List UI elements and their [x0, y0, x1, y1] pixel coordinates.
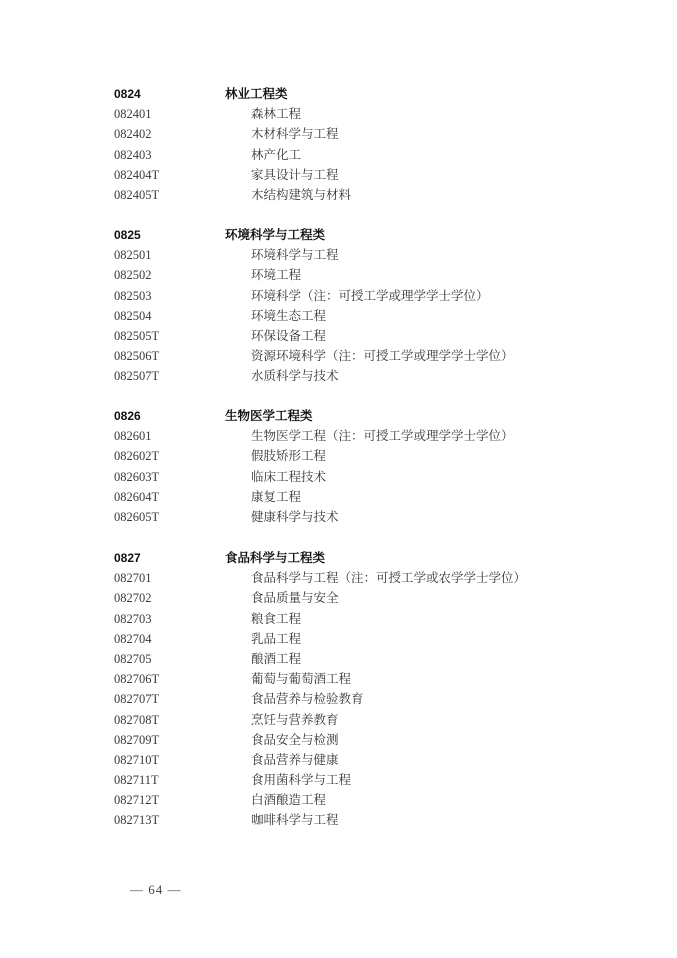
- section-0826: 0826 生物医学工程类 082601 生物医学工程（注：可授工学或理学学士学位…: [114, 406, 634, 527]
- list-item: 082504 环境生态工程: [114, 306, 634, 326]
- major-code: 082502: [114, 265, 152, 285]
- category-title: 食品科学与工程类: [225, 548, 325, 568]
- major-code: 082405T: [114, 185, 159, 205]
- major-code: 082402: [114, 124, 152, 144]
- list-item: 082602T 假肢矫形工程: [114, 446, 634, 466]
- list-item: 082710T 食品营养与健康: [114, 750, 634, 770]
- major-name: 食用菌科学与工程: [251, 770, 351, 790]
- section-0825: 0825 环境科学与工程类 082501 环境科学与工程 082502 环境工程…: [114, 225, 634, 387]
- category-title: 生物医学工程类: [225, 406, 313, 426]
- major-code: 082506T: [114, 346, 159, 366]
- list-item: 082709T 食品安全与检测: [114, 730, 634, 750]
- major-name: 林产化工: [251, 145, 301, 165]
- list-item: 082713T 咖啡科学与工程: [114, 810, 634, 830]
- major-name: 食品质量与安全: [251, 588, 339, 608]
- major-name: 环保设备工程: [251, 326, 326, 346]
- section-0827: 0827 食品科学与工程类 082701 食品科学与工程（注：可授工学或农学学士…: [114, 548, 634, 831]
- category-code: 0825: [114, 225, 141, 245]
- category-code: 0824: [114, 84, 141, 104]
- list-item: 082705 酿酒工程: [114, 649, 634, 669]
- list-item: 082402 木材科学与工程: [114, 124, 634, 144]
- major-name: 健康科学与技术: [251, 507, 339, 527]
- major-code: 082713T: [114, 810, 159, 830]
- list-item: 082704 乳品工程: [114, 629, 634, 649]
- list-item: 082405T 木结构建筑与材料: [114, 185, 634, 205]
- major-code: 082710T: [114, 750, 159, 770]
- major-code: 082603T: [114, 467, 159, 487]
- list-item: 082711T 食用菌科学与工程: [114, 770, 634, 790]
- major-name: 家具设计与工程: [251, 165, 339, 185]
- list-item: 082601 生物医学工程（注：可授工学或理学学士学位）: [114, 426, 634, 446]
- list-item: 082501 环境科学与工程: [114, 245, 634, 265]
- major-code: 082501: [114, 245, 152, 265]
- major-name: 假肢矫形工程: [251, 446, 326, 466]
- major-code: 082704: [114, 629, 152, 649]
- major-name: 食品安全与检测: [251, 730, 339, 750]
- major-code: 082403: [114, 145, 152, 165]
- major-code: 082503: [114, 286, 152, 306]
- page-number: — 64 —: [130, 882, 182, 898]
- list-item: 082706T 葡萄与葡萄酒工程: [114, 669, 634, 689]
- list-item: 082703 粮食工程: [114, 609, 634, 629]
- major-name: 葡萄与葡萄酒工程: [251, 669, 351, 689]
- major-name: 白酒酿造工程: [251, 790, 326, 810]
- major-name: 生物医学工程（注：可授工学或理学学士学位）: [251, 426, 514, 446]
- major-code: 082706T: [114, 669, 159, 689]
- list-item: 082603T 临床工程技术: [114, 467, 634, 487]
- major-code: 082709T: [114, 730, 159, 750]
- major-name: 环境生态工程: [251, 306, 326, 326]
- major-name: 环境工程: [251, 265, 301, 285]
- major-name: 木结构建筑与材料: [251, 185, 351, 205]
- major-name: 粮食工程: [251, 609, 301, 629]
- major-name: 环境科学与工程: [251, 245, 339, 265]
- major-code: 082708T: [114, 710, 159, 730]
- major-code: 082707T: [114, 689, 159, 709]
- major-code: 082604T: [114, 487, 159, 507]
- section-header: 0824 林业工程类: [114, 84, 634, 104]
- major-name: 木材科学与工程: [251, 124, 339, 144]
- major-name: 食品科学与工程（注：可授工学或农学学士学位）: [251, 568, 526, 588]
- list-item: 082401 森林工程: [114, 104, 634, 124]
- major-code: 082404T: [114, 165, 159, 185]
- major-code: 082701: [114, 568, 152, 588]
- major-name: 资源环境科学（注：可授工学或理学学士学位）: [251, 346, 514, 366]
- major-name: 食品营养与健康: [251, 750, 339, 770]
- major-code: 082605T: [114, 507, 159, 527]
- major-code: 082601: [114, 426, 152, 446]
- major-code: 082703: [114, 609, 152, 629]
- major-name: 康复工程: [251, 487, 301, 507]
- major-code: 082711T: [114, 770, 159, 790]
- section-0824: 0824 林业工程类 082401 森林工程 082402 木材科学与工程 08…: [114, 84, 634, 205]
- list-item: 082503 环境科学（注：可授工学或理学学士学位）: [114, 286, 634, 306]
- list-item: 082404T 家具设计与工程: [114, 165, 634, 185]
- major-name: 森林工程: [251, 104, 301, 124]
- major-code: 082505T: [114, 326, 159, 346]
- major-name: 临床工程技术: [251, 467, 326, 487]
- major-code: 082712T: [114, 790, 159, 810]
- section-header: 0827 食品科学与工程类: [114, 548, 634, 568]
- category-title: 环境科学与工程类: [225, 225, 325, 245]
- major-name: 烹饪与营养教育: [251, 710, 339, 730]
- major-name: 水质科学与技术: [251, 366, 339, 386]
- list-item: 082605T 健康科学与技术: [114, 507, 634, 527]
- major-code: 082507T: [114, 366, 159, 386]
- section-header: 0826 生物医学工程类: [114, 406, 634, 426]
- list-item: 082502 环境工程: [114, 265, 634, 285]
- major-code: 082602T: [114, 446, 159, 466]
- list-item: 082506T 资源环境科学（注：可授工学或理学学士学位）: [114, 346, 634, 366]
- list-item: 082707T 食品营养与检验教育: [114, 689, 634, 709]
- category-code: 0827: [114, 548, 141, 568]
- list-item: 082702 食品质量与安全: [114, 588, 634, 608]
- list-item: 082708T 烹饪与营养教育: [114, 710, 634, 730]
- major-code: 082702: [114, 588, 152, 608]
- major-name: 酿酒工程: [251, 649, 301, 669]
- document-page: 0824 林业工程类 082401 森林工程 082402 木材科学与工程 08…: [0, 0, 677, 958]
- major-name: 环境科学（注：可授工学或理学学士学位）: [251, 286, 489, 306]
- major-code: 082401: [114, 104, 152, 124]
- list-item: 082701 食品科学与工程（注：可授工学或农学学士学位）: [114, 568, 634, 588]
- list-item: 082403 林产化工: [114, 145, 634, 165]
- list-item: 082505T 环保设备工程: [114, 326, 634, 346]
- list-item: 082604T 康复工程: [114, 487, 634, 507]
- category-code: 0826: [114, 406, 141, 426]
- list-item: 082507T 水质科学与技术: [114, 366, 634, 386]
- major-code: 082705: [114, 649, 152, 669]
- category-title: 林业工程类: [225, 84, 288, 104]
- section-header: 0825 环境科学与工程类: [114, 225, 634, 245]
- list-item: 082712T 白酒酿造工程: [114, 790, 634, 810]
- major-name: 乳品工程: [251, 629, 301, 649]
- major-name: 咖啡科学与工程: [251, 810, 339, 830]
- major-name: 食品营养与检验教育: [251, 689, 364, 709]
- major-code: 082504: [114, 306, 152, 326]
